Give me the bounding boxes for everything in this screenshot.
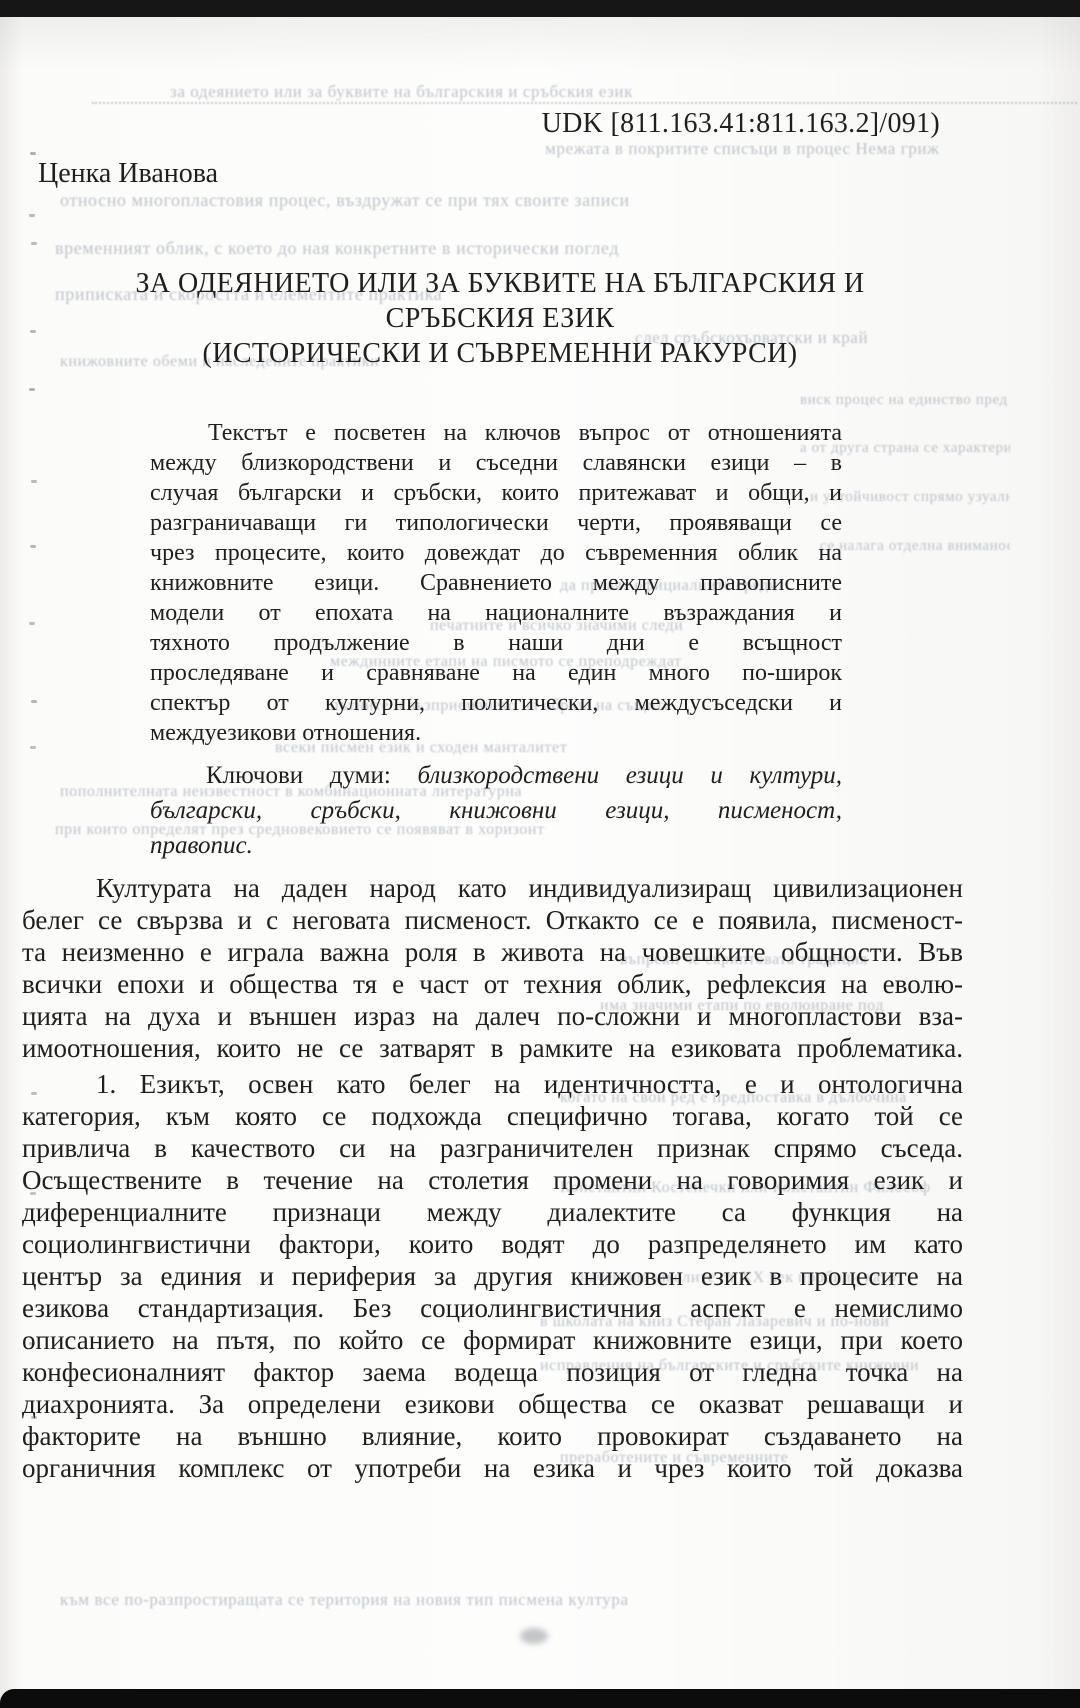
abstract: Текстът е посветен на ключов въпрос от о… [150,418,842,748]
keywords-block: Ключови думи: близкородствени езици и ку… [150,758,842,863]
bleedthrough-text: мрежата в покритите списъци в процес Нем… [545,139,1005,159]
bleedthrough-rule [92,102,1077,104]
bleedthrough-text: към все по-разпростиращата се територия … [60,1590,940,1610]
author-name: Ценка Иванова [38,158,218,190]
paragraph-1-line: белег се свързва и с неговата писменост.… [22,904,963,936]
abstract-line: модели от епохата на националните възраж… [150,598,842,628]
udk-number: UDK [811.163.41:811.163.2]/091) [22,108,940,140]
keywords-last-line: правопис. [150,828,842,863]
paragraph-2-line: диахронията. За определени езикови общес… [22,1388,963,1420]
paragraph-2-line: привлича в качеството си на разграничите… [22,1132,963,1164]
paragraph-1: Културата на даден народ като индивидуал… [22,872,963,1064]
paragraph-2-line: органичния комплекс от употреби на езика… [22,1452,963,1484]
paragraph-2-line: конфесионалният фактор заема водеща пози… [22,1356,963,1388]
paragraph-1-line: та неизменно е играла важна роля в живот… [22,936,963,968]
abstract-line: проследяване и сравняване на един много … [150,658,842,688]
paragraph-2-line: описанието на пътя, по който се формират… [22,1324,963,1356]
abstract-line: между близкородствени и съседни славянск… [150,448,842,478]
abstract-line: чрез процесите, които довеждат до съврем… [150,538,842,568]
paragraph-2-line: Осъществените в течение на столетия пром… [22,1164,963,1196]
bleedthrough-text: виск процес на единство пред висок праг [800,390,1010,410]
paragraph-2-line: факторите на външно влияние, които прово… [22,1420,963,1452]
keywords-first-line-text: близкородствени езици и култури, [417,762,842,789]
article-title: ЗА ОДЕЯНИЕТО ИЛИ ЗА БУКВИТЕ НА БЪЛГАРСКИ… [122,266,878,371]
paragraph-2-line: езикова стандартизация. Без социолингвис… [22,1292,963,1324]
scan-edge-bottom [0,1689,1080,1708]
abstract-line: случая български и сръбски, които притеж… [150,478,842,508]
article-title-line: СРЪБСКИЯ ЕЗИК [122,301,878,336]
scan-noise-specks [0,0,6,3]
bleedthrough-text: за одеянието или за буквите на български… [170,82,770,102]
paragraph-2-line: категория, към която се подхожда специфи… [22,1100,963,1132]
bleedthrough-text: относно многопластовия процес, въздружат… [60,190,965,210]
keywords-second-line: български, сръбски, книжовни езици, писм… [150,793,842,828]
bleedthrough-text: временният облик, с което до ная конкрет… [55,238,970,258]
paragraph-2-line: социолингвистични фактори, които водят д… [22,1228,963,1260]
abstract-line: спектър от културни, политически, междус… [150,688,842,718]
keywords-first-line: Ключови думи: близкородствени езици и ку… [150,758,842,793]
scanned-page: за одеянието или за буквите на български… [0,0,1080,1708]
article-title-line: (ИСТОРИЧЕСКИ И СЪВРЕМЕННИ РАКУРСИ) [122,336,878,371]
paragraph-2-line: център за единия и периферия за другия к… [22,1260,963,1292]
article-title-line: ЗА ОДЕЯНИЕТО ИЛИ ЗА БУКВИТЕ НА БЪЛГАРСКИ… [122,266,878,301]
paragraph-1-line: имоотношения, които не се затварят в рам… [22,1032,963,1064]
keywords-label: Ключови думи: [206,762,391,789]
abstract-last-line: междуезикови отношения. [150,718,842,748]
paragraph-1-line: цията на духа и външен израз на далеч по… [22,1000,963,1032]
page-number-smudge [520,1628,548,1644]
abstract-line: Текстът е посветен на ключов въпрос от о… [150,418,842,448]
abstract-line: тяхното продължение в наши дни е всъщнос… [150,628,842,658]
abstract-line: книжовните езици. Сравнението между прав… [150,568,842,598]
paragraph-2: 1. Езикът, освен като белег на идентично… [22,1068,963,1484]
paragraph-1-line: всички епохи и общества тя е част от тех… [22,968,963,1000]
paragraph-2-line: диференциалните признаци между диалектит… [22,1196,963,1228]
bleedthrough-text: се налага отделна вниманост [820,536,1010,556]
abstract-line: разграничаващи ги типологически черти, п… [150,508,842,538]
scan-edge-top [0,0,1080,17]
paragraph-2-line: 1. Езикът, освен като белег на идентично… [22,1068,963,1100]
paragraph-1-line: Културата на даден народ като индивидуал… [22,872,963,904]
